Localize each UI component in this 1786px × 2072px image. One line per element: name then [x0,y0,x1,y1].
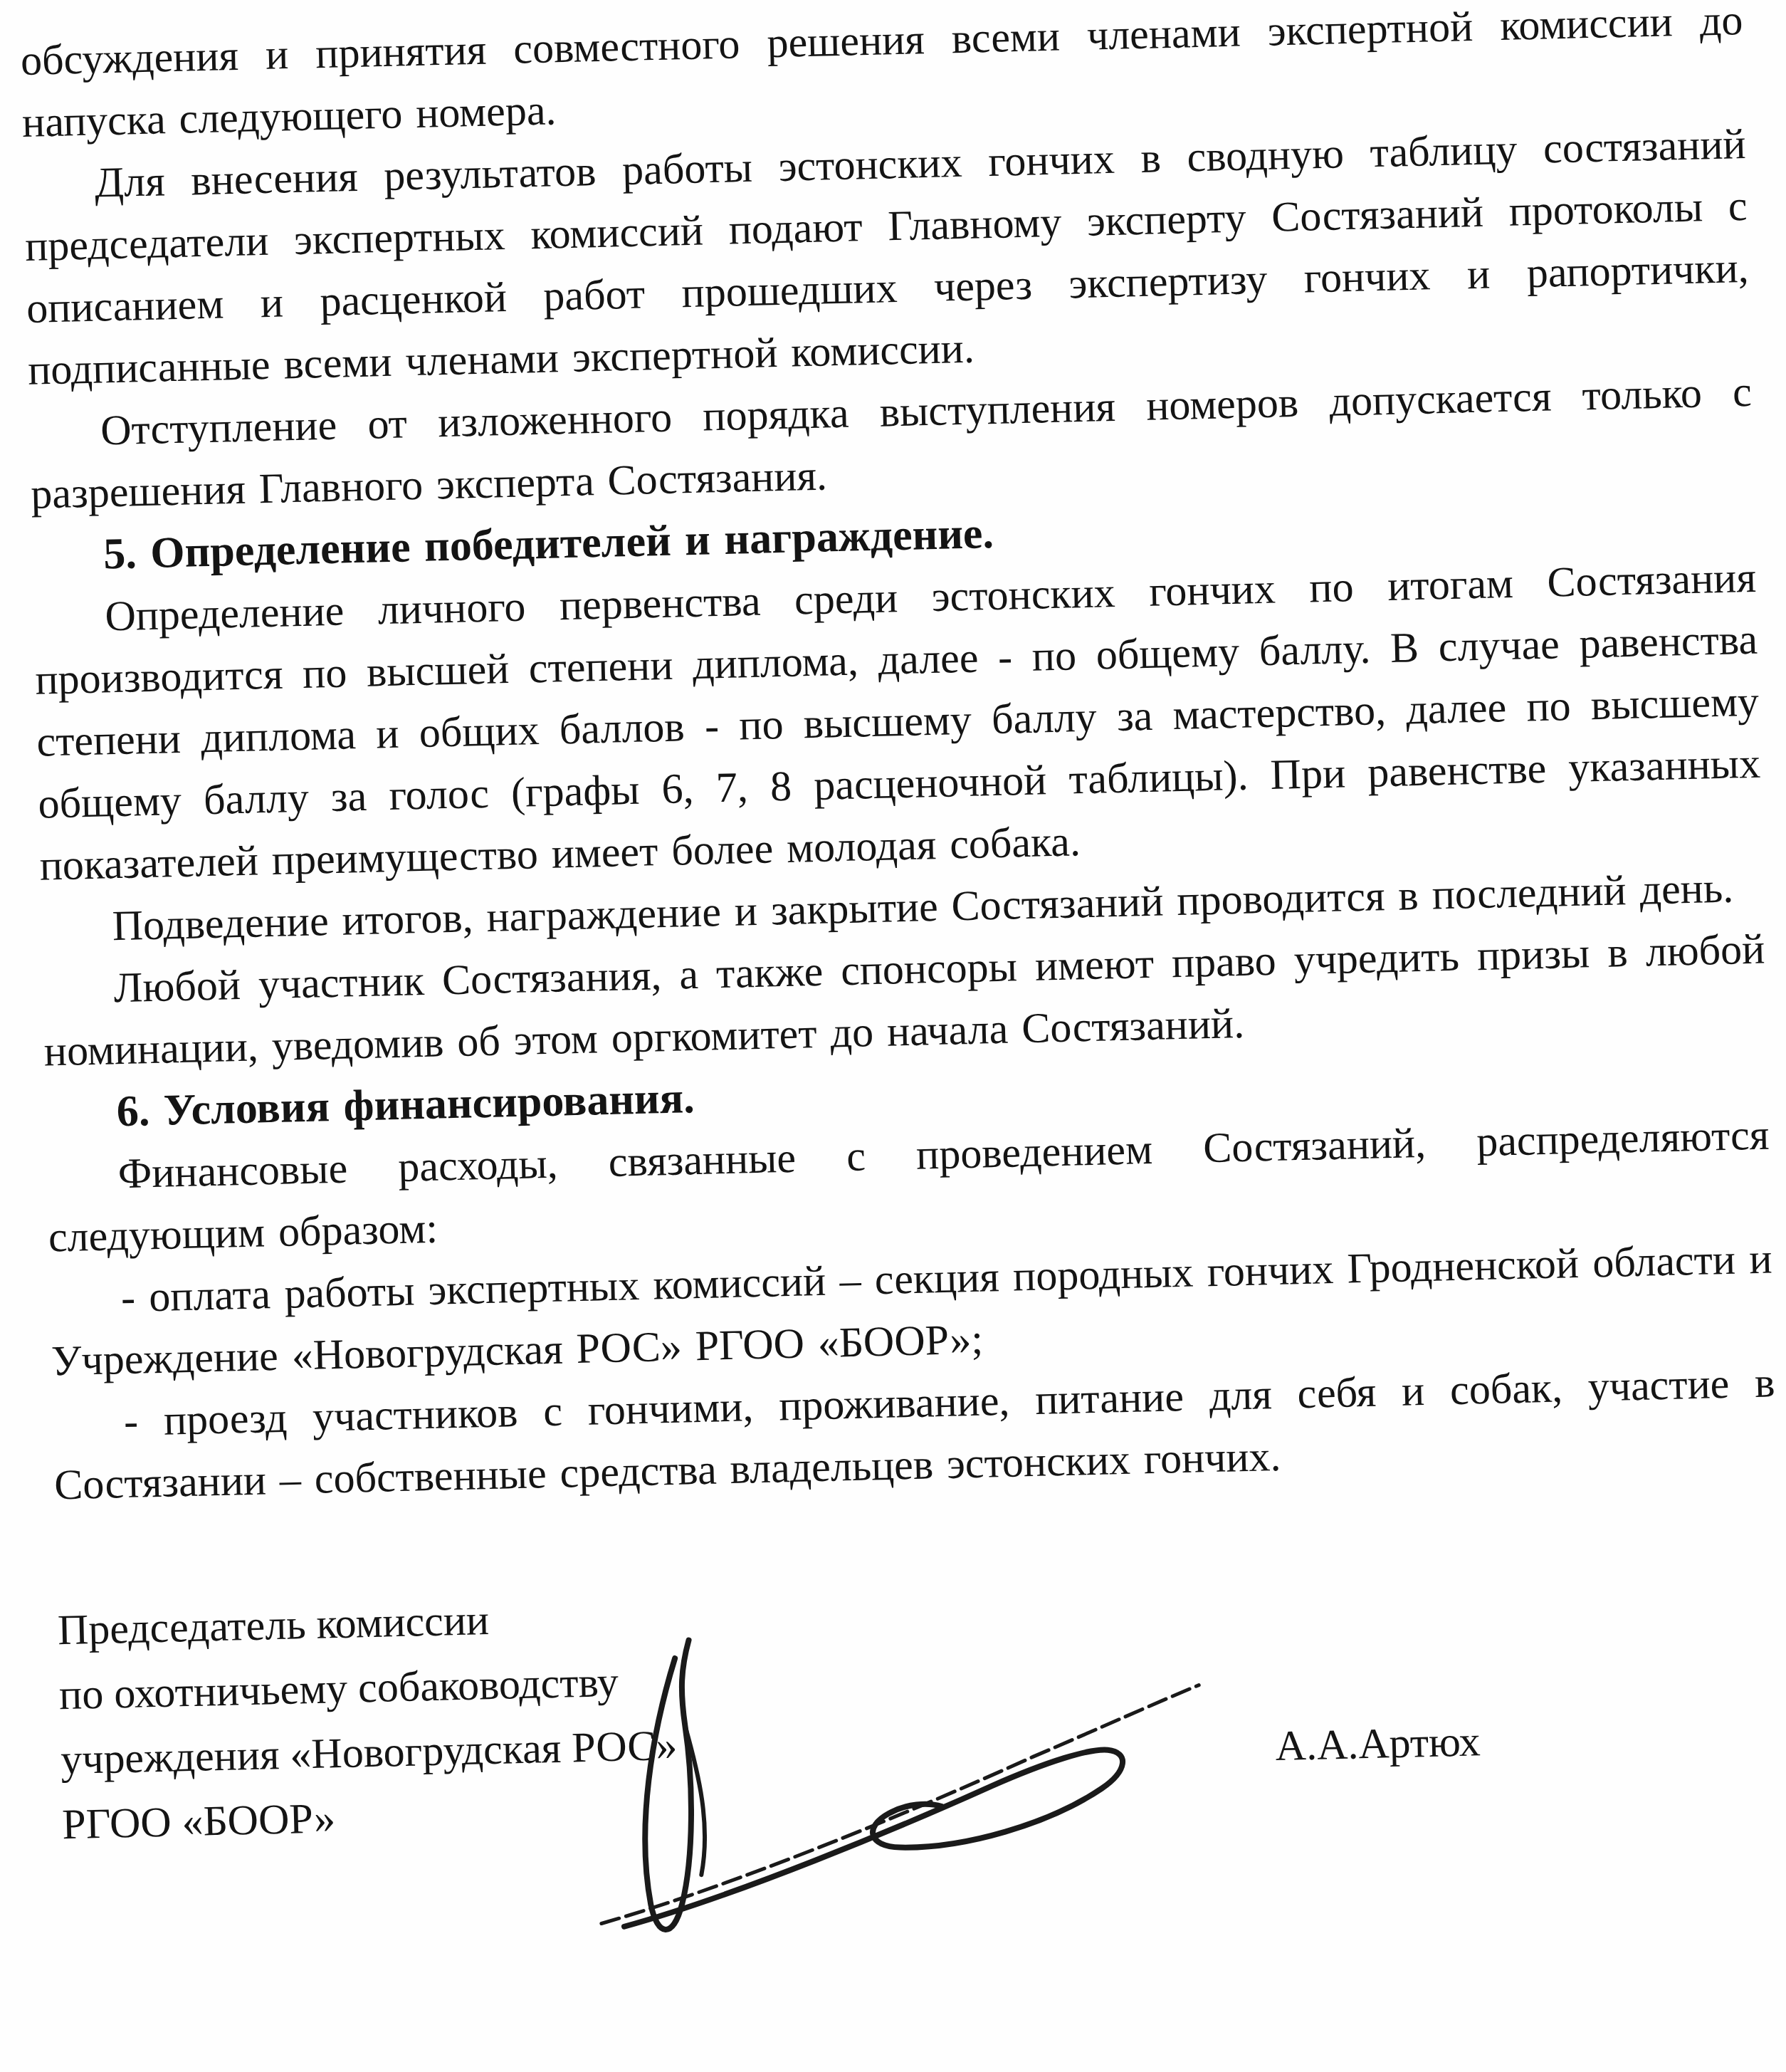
handwritten-signature-icon [588,1578,1237,1966]
signatory-name: А.А.Артюх [1275,1710,1481,1777]
document-text-block: обсуждения и принятия совместного решени… [20,0,1786,1978]
paragraph-winners-determination: Определение личного первенства среди эст… [33,547,1763,897]
signature-section: Председатель комиссии по охотничьему соб… [57,1557,1786,1978]
scanned-document-page: обсуждения и принятия совместного решени… [0,0,1786,2072]
paragraph-results-submission: Для внесения результатов работы эстонски… [23,113,1751,402]
signatory-title-block: Председатель комиссии по охотничьему соб… [57,1584,680,1857]
signatory-title-line-4: РГОО «БООР» [61,1778,679,1857]
